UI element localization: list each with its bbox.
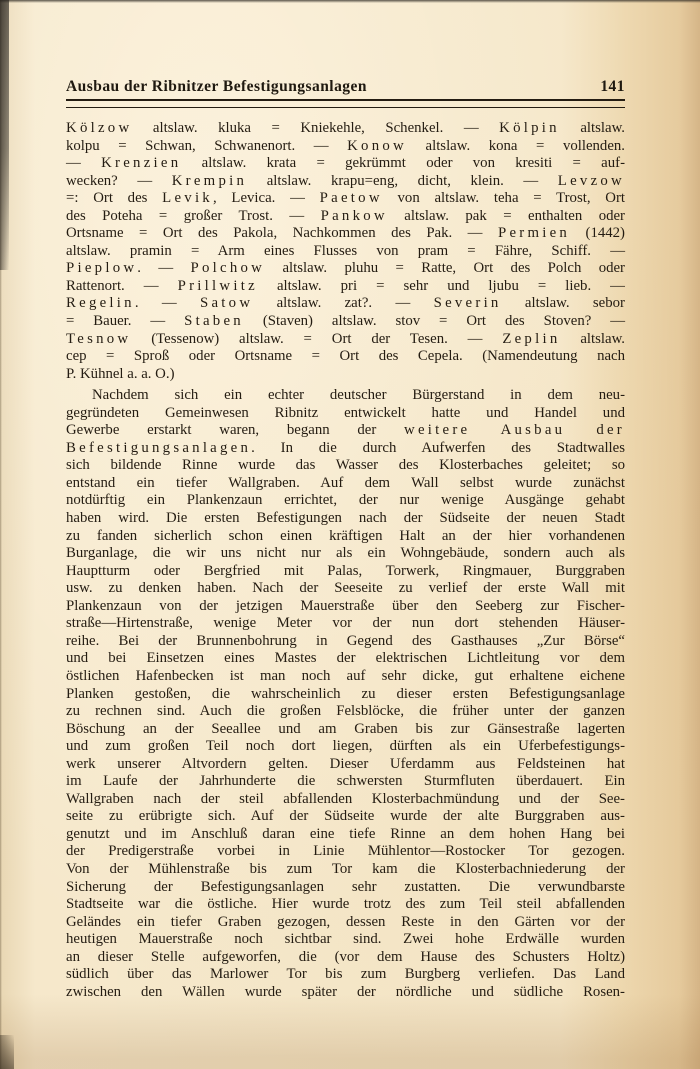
text-line: Regelin. — Satow altslaw. zat?. — Severi… [66,295,625,313]
letter-spaced-text: Levik [162,190,213,206]
text-segment: an dieser Stelle aufgeworfen, die (vor d… [66,949,625,965]
text-line: cep = Sproß oder Ortsname = Ort des Cepe… [66,348,625,366]
text-segment: = Bauer. — [66,313,184,329]
text-line: sich bildende Rinne wurde das Wasser des… [66,457,625,475]
text-segment: gegründeten Gemeinwesen Ribnitz entwicke… [66,405,625,421]
text-line: werk unserer Altvordern gelten. Dieser U… [66,756,625,774]
text-line: östlichen Hafenbecken ist man noch auf s… [66,668,625,686]
text-segment: und bei Einsetzen eines Mastes der elekt… [66,650,625,666]
text-segment: Geländes ein tiefer Graben gezogen, dess… [66,914,625,930]
letter-spaced-text: Kölzow [66,120,132,136]
text-line: südlich über das Marlower Tor bis zum Bu… [66,966,625,984]
text-line: seite zu erübrigte sich. Auf der Südseit… [66,808,625,826]
text-segment: . — [135,295,200,311]
text-line: usw. zu denken haben. Nach der Seeseite … [66,580,625,598]
text-segment: cep = Sproß oder Ortsname = Ort des Cepe… [66,348,625,364]
scanned-book-page: Ausbau der Ribnitzer Befestigungsanlagen… [0,0,700,1069]
text-segment: Böschung an der Seeallee und am Graben b… [66,721,625,737]
text-line: Tesnow (Tessenow) altslaw. = Ort der Tes… [66,331,625,349]
text-segment: usw. zu denken haben. Nach der Seeseite … [66,580,625,596]
text-segment: Burganlage, die wir uns nicht nur als ei… [66,545,625,561]
text-line: im Laufe der Jahrhunderte die schwersten… [66,773,625,791]
text-segment: (Staven) altslaw. stov = Ort des Stoven?… [244,313,625,329]
text-line: an dieser Stelle aufgeworfen, die (vor d… [66,949,625,967]
text-segment: altslaw. kona = vollenden. [407,138,625,154]
text-line: zu fanden sicherlich schon einen kräftig… [66,528,625,546]
text-segment: altslaw. pluhu = Ratte, Ort des Polch od… [265,260,625,276]
paragraph: Nachdem sich ein echter deutscher Bürger… [66,387,625,1001]
letter-spaced-text: Regelin [66,295,135,311]
text-segment: von altslaw. teha = Trost, Ort [383,190,625,206]
text-segment: reihe. Bei der Brunnenbohrung in Gegend … [66,633,625,649]
text-line: P. Kühnel a. a. O.) [66,366,625,384]
text-line: reihe. Bei der Brunnenbohrung in Gegend … [66,633,625,651]
letter-spaced-text: Severin [434,295,502,311]
text-line: Gewerbe erstarkt waren, begann der weite… [66,422,625,440]
text-segment: entstand ein tiefer Wallgraben. Auf dem … [66,475,625,491]
text-line: — Krenzien altslaw. krata = gekrümmt ode… [66,155,625,173]
letter-spaced-text: Pieplow [66,260,137,276]
text-line: Planken gestoßen, die wahrscheinlich zu … [66,686,625,704]
text-segment: Sicherung der Befestigungsanlagen sehr z… [66,879,625,895]
text-segment: Planken gestoßen, die wahrscheinlich zu … [66,686,625,702]
scan-corner-shadow [0,1035,14,1069]
letter-spaced-text: weitere Ausbau der [404,422,625,438]
text-segment: werk unserer Altvordern gelten. Dieser U… [66,756,625,772]
page-content: Ausbau der Ribnitzer Befestigungsanlagen… [66,78,625,1001]
text-segment: altslaw. kluka = Kniekehle, Schenkel. — [132,120,499,136]
text-segment: . — [137,260,190,276]
letter-spaced-text: Zeplin [502,331,560,347]
page-number: 141 [600,78,625,96]
text-segment: der Predigerstraße vorbei in Linie Mühle… [66,843,625,859]
text-line: = Bauer. — Staben (Staven) altslaw. stov… [66,313,625,331]
text-line: Geländes ein tiefer Graben gezogen, dess… [66,914,625,932]
text-segment: altslaw. pak = enthalten oder [388,208,625,224]
text-segment: altslaw. sebor [502,295,625,311]
text-segment: . In die durch Aufwerfen des Stadtwalles [251,440,625,456]
text-segment: wecken? — [66,173,172,189]
text-line: Kölzow altslaw. kluka = Kniekehle, Schen… [66,120,625,138]
text-line: Böschung an der Seeallee und am Graben b… [66,721,625,739]
letter-spaced-text: Permien [498,225,570,241]
text-line: altslaw. pramin = Arm eines Flusses von … [66,243,625,261]
text-line: notdürftig ein Plankenzaun errichtet, de… [66,492,625,510]
text-segment: im Laufe der Jahrhunderte die schwersten… [66,773,625,789]
text-line: zwischen den Wällen wurde später der nör… [66,984,625,1002]
text-line: der Predigerstraße vorbei in Linie Mühle… [66,843,625,861]
text-segment: seite zu erübrigte sich. Auf der Südseit… [66,808,625,824]
text-segment: haben wird. Die ersten Befestigungen nac… [66,510,625,526]
text-segment: Gewerbe erstarkt waren, begann der [66,422,404,438]
text-segment: des Poteha = großer Trost. — [66,208,321,224]
text-segment: kolpu = Schwan, Schwanenort. — [66,138,347,154]
text-line: Burganlage, die wir uns nicht nur als ei… [66,545,625,563]
text-line: genutzt und im Anschluß daran eine tiefe… [66,826,625,844]
text-line: gegründeten Gemeinwesen Ribnitz entwicke… [66,405,625,423]
scan-edge-top [0,0,700,3]
text-line: Sicherung der Befestigungsanlagen sehr z… [66,879,625,897]
text-line: Befestigungsanlagen. In die durch Aufwer… [66,440,625,458]
letter-spaced-text: Konow [347,138,407,154]
text-line: des Poteha = großer Trost. — Pankow alts… [66,208,625,226]
letter-spaced-text: Staben [184,313,244,329]
text-segment: P. Kühnel a. a. O.) [66,366,175,382]
text-segment: altslaw. krapu=eng, dicht, klein. — [247,173,558,189]
text-line: und zum großen Teil noch dort liegen, dü… [66,738,625,756]
text-segment: Wallgraben nach der steil abfallenden Kl… [66,791,625,807]
text-segment: südlich über das Marlower Tor bis zum Bu… [66,966,625,982]
scan-gutter-shadow [0,0,9,270]
letter-spaced-text: Krenzien [101,155,181,171]
text-line: straße—Hirtenstraße, wenige Meter vor de… [66,615,625,633]
text-line: heutigen Mauerstraße noch sichtbar sind.… [66,931,625,949]
text-segment: (Tessenow) altslaw. = Ort der Tesen. — [131,331,502,347]
letter-spaced-text: Pankow [321,208,388,224]
text-segment: altslaw. [560,331,625,347]
text-line: kolpu = Schwan, Schwanenort. — Konow alt… [66,138,625,156]
text-line: Stadtseite war die östliche. Hier wurde … [66,896,625,914]
letter-spaced-text: Paetow [320,190,383,206]
letter-spaced-text: Befestigungsanlagen [66,440,251,456]
text-segment: zu fanden sicherlich schon einen kräftig… [66,528,625,544]
text-segment: sich bildende Rinne wurde das Wasser des… [66,457,625,473]
text-line: entstand ein tiefer Wallgraben. Auf dem … [66,475,625,493]
text-line: Wallgraben nach der steil abfallenden Kl… [66,791,625,809]
text-segment: straße—Hirtenstraße, wenige Meter vor de… [66,615,625,631]
text-segment: altslaw. [560,120,625,136]
text-segment: zwischen den Wällen wurde später der nör… [66,984,625,1000]
text-line: haben wird. Die ersten Befestigungen nac… [66,510,625,528]
text-segment: altslaw. zat?. — [253,295,433,311]
paragraph: Kölzow altslaw. kluka = Kniekehle, Schen… [66,120,625,383]
text-segment: heutigen Mauerstraße noch sichtbar sind.… [66,931,625,947]
letter-spaced-text: Prillwitz [178,278,258,294]
text-line: Nachdem sich ein echter deutscher Bürger… [66,387,625,405]
letter-spaced-text: Polchow [191,260,266,276]
header-double-rule [66,99,625,108]
text-segment: Rattenort. — [66,278,178,294]
text-segment: altslaw. pramin = Arm eines Flusses von … [66,243,625,259]
text-segment: altslaw. krata = gekrümmt oder von kresi… [181,155,625,171]
page-body: Kölzow altslaw. kluka = Kniekehle, Schen… [66,120,625,1001]
letter-spaced-text: Krempin [172,173,247,189]
text-segment: Ortsname = Ort des Pakola, Nachkommen de… [66,225,498,241]
text-line: Ortsname = Ort des Pakola, Nachkommen de… [66,225,625,243]
text-segment: — [66,155,101,171]
text-line: wecken? — Krempin altslaw. krapu=eng, di… [66,173,625,191]
text-line: Rattenort. — Prillwitz altslaw. pri = se… [66,278,625,296]
text-segment: =: Ort des [66,190,162,206]
text-segment: östlichen Hafenbecken ist man noch auf s… [66,668,625,684]
text-line: und bei Einsetzen eines Mastes der elekt… [66,650,625,668]
text-segment: zu rechnen sind. Auch die großen Felsblö… [66,703,625,719]
text-line: zu rechnen sind. Auch die großen Felsblö… [66,703,625,721]
text-line: =: Ort des Levik, Levica. — Paetow von a… [66,190,625,208]
text-segment: , Levica. — [213,190,320,206]
text-segment: altslaw. pri = sehr und ljubu = lieb. — [258,278,625,294]
text-segment: und zum großen Teil noch dort liegen, dü… [66,738,625,754]
text-line: Von der Mühlenstraße bis zum Tor kam die… [66,861,625,879]
text-segment: Plankenzaun von der jetzigen Mauerstraße… [66,598,625,614]
text-line: Hauptturm oder Bergfried mit Palas, Torw… [66,563,625,581]
text-segment: Stadtseite war die östliche. Hier wurde … [66,896,625,912]
text-line: Pieplow. — Polchow altslaw. pluhu = Ratt… [66,260,625,278]
text-segment: notdürftig ein Plankenzaun errichtet, de… [66,492,625,508]
text-segment: Nachdem sich ein echter deutscher Bürger… [92,387,625,403]
letter-spaced-text: Tesnow [66,331,131,347]
letter-spaced-text: Satow [200,295,253,311]
text-line: Plankenzaun von der jetzigen Mauerstraße… [66,598,625,616]
page-title: Ausbau der Ribnitzer Befestigungsanlagen [66,78,367,96]
text-segment: genutzt und im Anschluß daran eine tiefe… [66,826,625,842]
text-segment: Von der Mühlenstraße bis zum Tor kam die… [66,861,625,877]
text-segment: (1442) [570,225,625,241]
running-header: Ausbau der Ribnitzer Befestigungsanlagen… [66,78,625,96]
text-segment: Hauptturm oder Bergfried mit Palas, Torw… [66,563,625,579]
letter-spaced-text: Kölpin [499,120,560,136]
letter-spaced-text: Levzow [558,173,625,189]
